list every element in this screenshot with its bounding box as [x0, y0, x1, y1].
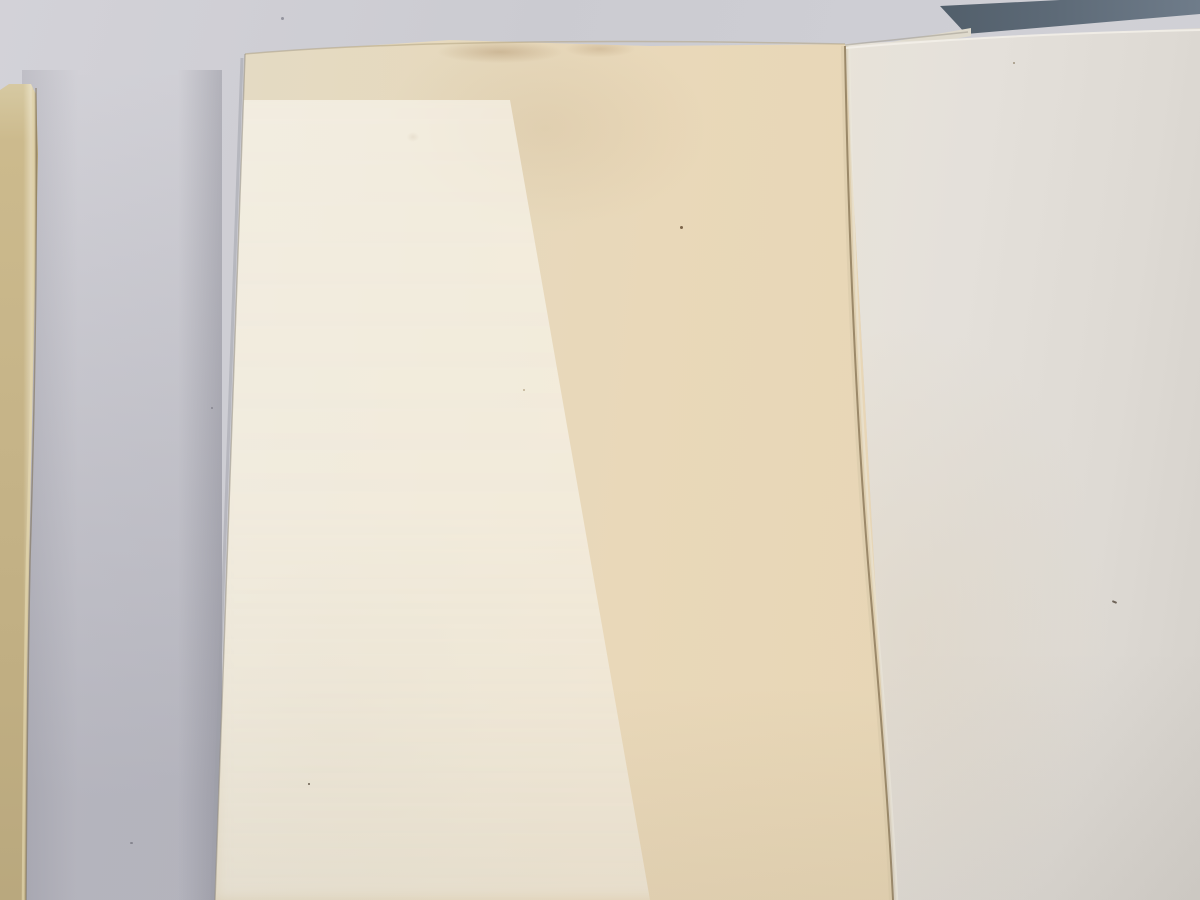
- dust-speck: [281, 17, 284, 20]
- inscription-page: [215, 38, 893, 900]
- facing-endpaper-page: [843, 0, 1200, 900]
- paper-fleck: [1013, 62, 1015, 64]
- ink-speck: [680, 226, 683, 229]
- dust-speck: [130, 842, 133, 844]
- photo-scene: [0, 0, 1200, 900]
- paper-fleck: [523, 389, 525, 391]
- backdrop-shadow: [22, 70, 222, 900]
- dust-speck: [211, 407, 213, 409]
- page-faded-band: [215, 38, 893, 900]
- ink-speck: [308, 783, 310, 785]
